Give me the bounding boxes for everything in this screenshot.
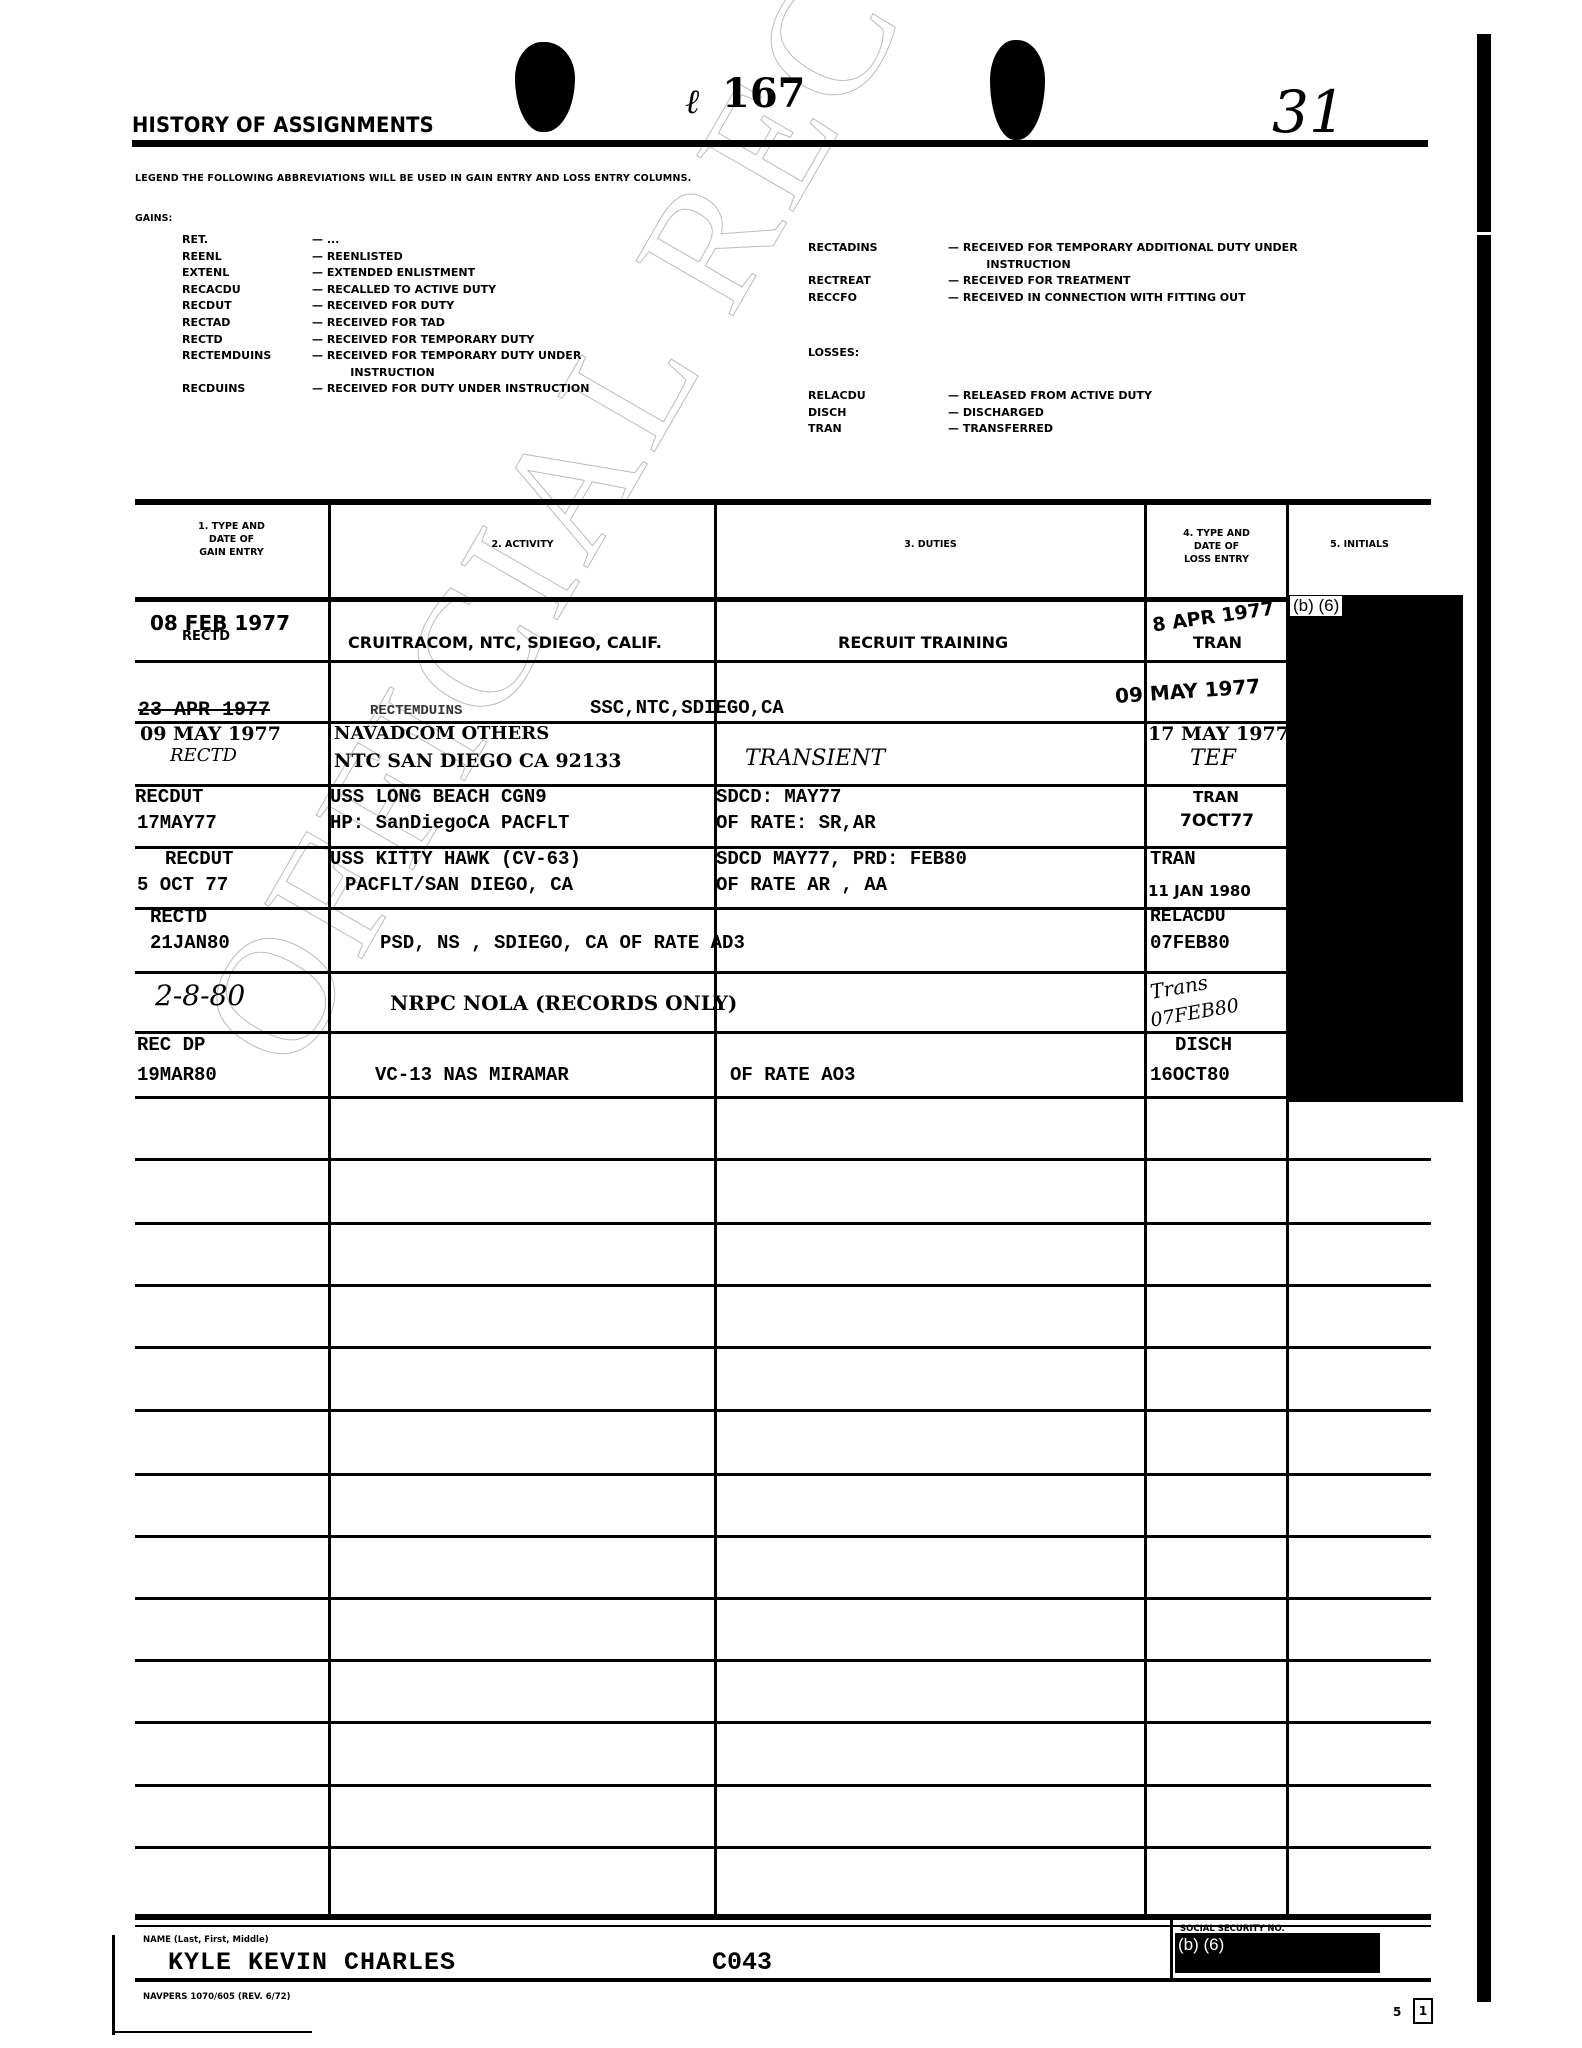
duties-line-2: OF RATE: SR,AR [716, 812, 876, 834]
scan-edge-gap [1477, 232, 1491, 235]
legend-item: EXTENL— EXTENDED ENLISTMENT [182, 265, 589, 282]
loss-date: 7OCT77 [1180, 810, 1254, 832]
gain-date: 19MAR80 [137, 1064, 217, 1086]
duties: RECRUIT TRAINING [838, 632, 1008, 654]
row-rule [135, 660, 1431, 663]
duties: SDCD: MAY77 [716, 786, 841, 808]
legend-item: RECTREAT— RECEIVED FOR TREATMENT [808, 273, 1298, 290]
row-rule [135, 1096, 1431, 1099]
loss-type: Trans [1149, 971, 1210, 1003]
gain-type: RECDUT [135, 786, 203, 808]
loss-type: TEF [1190, 748, 1236, 770]
duties-line-2: OF RATE AR , AA [716, 874, 887, 896]
row-rule [135, 1158, 1431, 1161]
scan-edge-left [112, 1935, 115, 2035]
loss-date: 16OCT80 [1150, 1064, 1230, 1086]
loss-date: 17 MAY 1977 [1148, 723, 1289, 745]
losses-label: LOSSES: [808, 346, 859, 359]
ssn-redaction: (b) (6) [1175, 1933, 1380, 1973]
scan-edge-bar [1477, 34, 1491, 2002]
legend-item: RECTAD— RECEIVED FOR TAD [182, 315, 589, 332]
legend-losses: RELACDU— RELEASED FROM ACTIVE DUTY DISCH… [808, 388, 1152, 438]
loss-type: TRAN [1193, 632, 1242, 654]
gain-date: 2-8-80 [155, 985, 245, 1007]
name-code: C043 [712, 1948, 772, 1977]
gain-date: 17MAY77 [137, 812, 217, 834]
column-divider [328, 503, 331, 1917]
header-gain-entry: 1. TYPE AND DATE OF GAIN ENTRY [135, 520, 328, 559]
gain-date: 09 MAY 1977 [140, 723, 281, 745]
legend-item: RELACDU— RELEASED FROM ACTIVE DUTY [808, 388, 1152, 405]
row-rule [135, 1346, 1431, 1349]
row-rule [135, 1473, 1431, 1476]
row-rule [135, 1721, 1431, 1724]
legend-item: RECDUT— RECEIVED FOR DUTY [182, 298, 589, 315]
header-loss-entry: 4. TYPE AND DATE OF LOSS ENTRY [1147, 527, 1286, 566]
activity: NRPC NOLA (RECORDS ONLY) [390, 992, 737, 1014]
name-value: KYLE KEVIN CHARLES [168, 1948, 456, 1977]
gain-type: RECTD [182, 626, 230, 648]
legend-heading: LEGEND THE FOLLOWING ABBREVIATIONS WILL … [135, 173, 691, 184]
page-title: HISTORY OF ASSIGNMENTS [132, 113, 434, 137]
legend-item: RECTADINS— RECEIVED FOR TEMPORARY ADDITI… [808, 240, 1298, 257]
legend-item: RECDUINS— RECEIVED FOR DUTY UNDER INSTRU… [182, 381, 589, 398]
row-rule [135, 1031, 1431, 1034]
row-rule [135, 907, 1431, 910]
loss-date: 07FEB80 [1150, 932, 1230, 954]
loss-type: RELACDU [1150, 906, 1226, 928]
ink-blot-right [990, 40, 1045, 140]
column-divider [1144, 503, 1147, 1917]
page-prefix: 5 [1393, 2005, 1401, 2019]
gain-date: 21JAN80 [150, 932, 230, 954]
duties: TRANSIENT [745, 748, 885, 770]
gain-type: RECTD [150, 906, 207, 928]
legend-item: RECCFO— RECEIVED IN CONNECTION WITH FITT… [808, 290, 1298, 307]
row-rule [135, 1535, 1431, 1538]
initials-redaction [1289, 595, 1463, 1102]
page-box: 1 [1413, 1998, 1433, 2024]
activity-line-2: HP: SanDiegoCA PACFLT [330, 812, 569, 834]
name-rule [135, 1978, 1431, 1982]
activity-line-2: PACFLT/SAN DIEGO, CA [345, 874, 573, 896]
loss-date: 11 JAN 1980 [1148, 880, 1251, 902]
row-rule [135, 1784, 1431, 1787]
activity: VC-13 NAS MIRAMAR [375, 1064, 569, 1086]
legend-item: RECACDU— RECALLED TO ACTIVE DUTY [182, 282, 589, 299]
row-rule [135, 1409, 1431, 1412]
legend-item: RECTEMDUINS— RECEIVED FOR TEMPORARY DUTY… [182, 348, 589, 365]
row-rule [135, 1597, 1431, 1600]
legend-gains-right: RECTADINS— RECEIVED FOR TEMPORARY ADDITI… [808, 240, 1298, 306]
stamp-mark: ℓ [685, 82, 699, 122]
activity-line-2: NTC SAN DIEGO CA 92133 [334, 750, 622, 772]
gain-type: RECTD [170, 745, 237, 767]
ssn-divider [1170, 1920, 1173, 1978]
title-rule [132, 140, 1428, 147]
ink-blot-left [515, 42, 575, 132]
duties: OF RATE AO3 [730, 1064, 855, 1086]
legend-item: REENL— REENLISTED [182, 249, 589, 266]
row-rule [135, 1222, 1431, 1225]
gains-label: GAINS: [135, 213, 172, 224]
ssn-redaction-label: (b) (6) [1178, 1935, 1224, 1955]
row-rule [135, 1846, 1431, 1849]
gain-date: 23 APR 1977 [138, 700, 270, 722]
table-bottom-rule [135, 1914, 1431, 1920]
legend-item: INSTRUCTION [808, 257, 1298, 274]
loss-date: 09 MAY 1977 [1114, 675, 1261, 707]
gain-type: RECDUT [165, 848, 233, 870]
legend-gains-left: RET.— ... REENL— REENLISTED EXTENL— EXTE… [182, 232, 589, 398]
activity: PSD, NS , SDIEGO, CA OF RATE AD3 [380, 932, 745, 954]
row-rule [135, 971, 1431, 974]
legend-item: TRAN— TRANSFERRED [808, 421, 1152, 438]
header-activity: 2. ACTIVITY [331, 538, 714, 551]
scan-edge-bottom [112, 2031, 312, 2033]
row-rule [135, 597, 1431, 602]
activity: NAVADCOM OTHERS [334, 723, 549, 745]
loss-type: TRAN [1150, 848, 1196, 870]
activity-type: RECTEMDUINS [370, 700, 462, 722]
legend-item: RET.— ... [182, 232, 589, 249]
legend-item: RECTD— RECEIVED FOR TEMPORARY DUTY [182, 332, 589, 349]
loss-date: 8 APR 1977 [1151, 598, 1275, 637]
activity: USS KITTY HAWK (CV-63) [330, 848, 581, 870]
header-initials: 5. INITIALS [1289, 538, 1430, 551]
stamp-number: 167 [722, 70, 806, 117]
gain-type: REC DP [137, 1034, 205, 1056]
name-label: NAME (Last, First, Middle) [143, 1935, 269, 1945]
activity: SSC,NTC,SDIEGO,CA [590, 697, 784, 719]
header-duties: 3. DUTIES [717, 538, 1144, 551]
duties: SDCD MAY77, PRD: FEB80 [716, 848, 967, 870]
gain-date: 5 OCT 77 [137, 874, 228, 896]
redaction-label: (b) (6) [1290, 596, 1342, 616]
legend-item: DISCH— DISCHARGED [808, 405, 1152, 422]
row-rule [135, 1659, 1431, 1662]
handwritten-page-number: 31 [1272, 78, 1346, 146]
legend-item: INSTRUCTION [182, 365, 589, 382]
activity: CRUITRACOM, NTC, SDIEGO, CALIF. [348, 632, 662, 654]
activity: USS LONG BEACH CGN9 [330, 786, 547, 808]
loss-type: TRAN [1193, 786, 1239, 808]
row-rule [135, 1284, 1431, 1287]
form-id: NAVPERS 1070/605 (REV. 6/72) [143, 1992, 290, 2002]
loss-type: DISCH [1175, 1034, 1232, 1056]
